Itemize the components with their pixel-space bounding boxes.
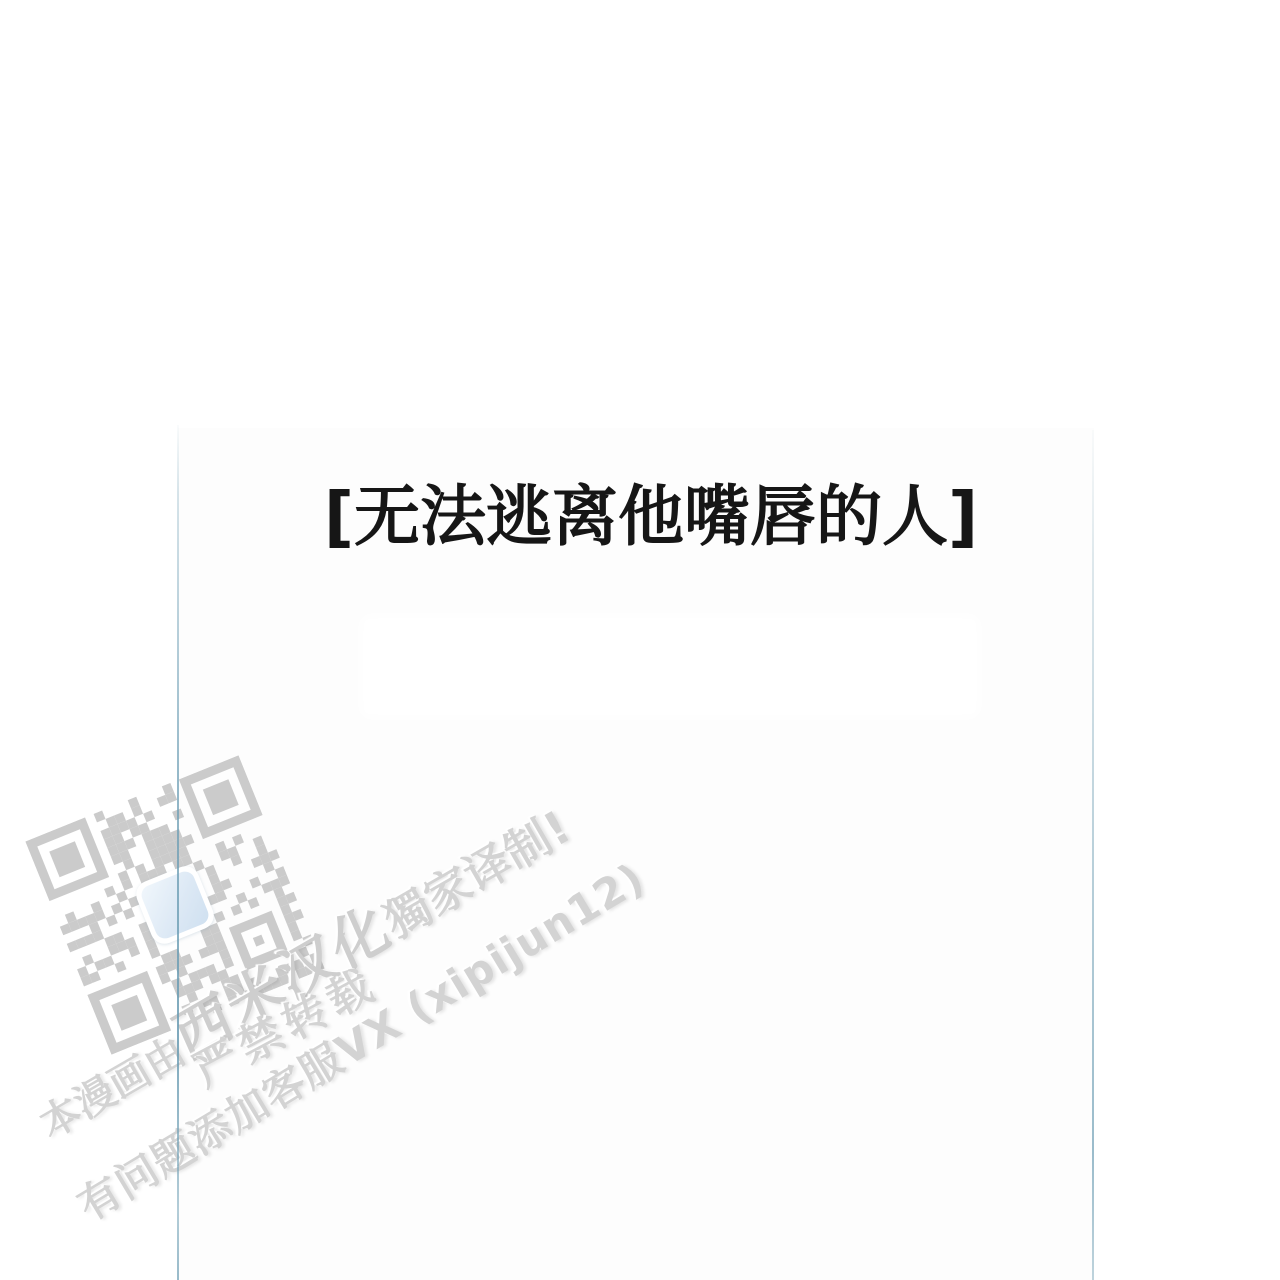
panel-border-line-left [177,425,179,1280]
faded-dialog-box [364,619,976,714]
panel-border-line-right [1092,430,1094,1280]
chapter-title: [无法逃离他嘴唇的人] [178,482,1094,551]
comic-page: { "page": { "background": "#ffffff", "pa… [0,0,1280,1280]
comic-panel [178,428,1094,1280]
